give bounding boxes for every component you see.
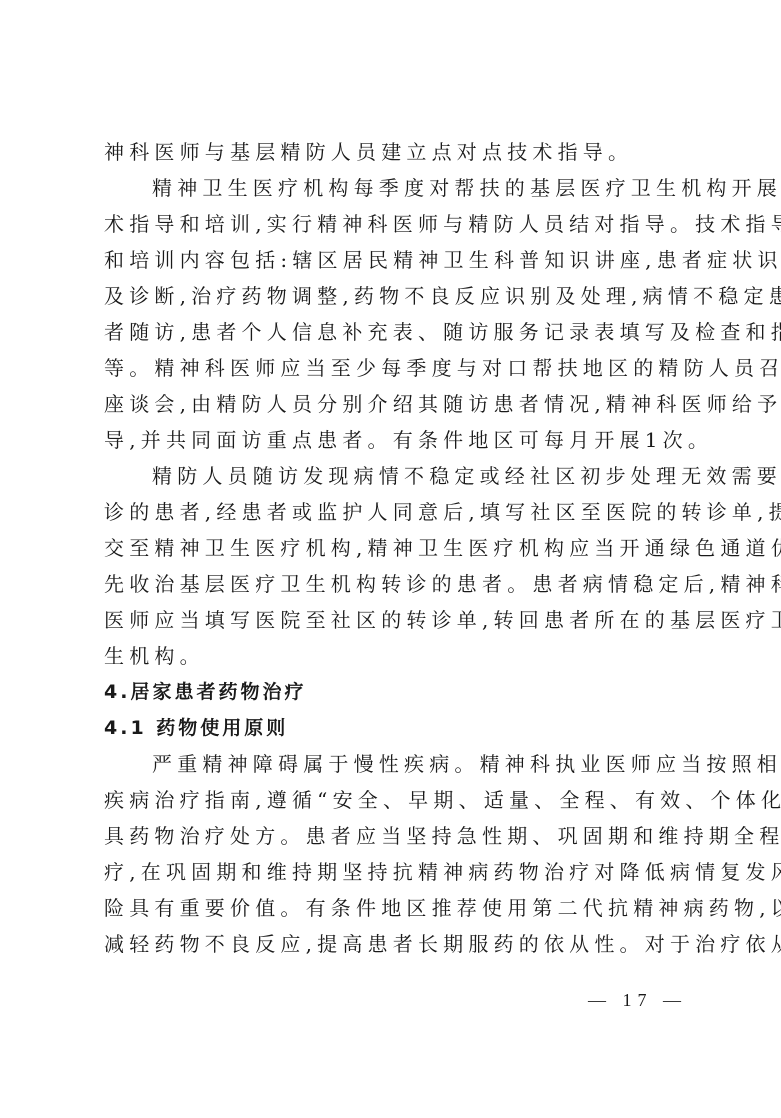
text-line: 疗,在巩固期和维持期坚持抗精神病药物治疗对降低病情复发风 xyxy=(104,854,684,890)
text-line: 精防人员随访发现病情不稳定或经社区初步处理无效需要转 xyxy=(104,458,684,494)
text-line: 生机构。 xyxy=(104,638,684,674)
text-line: 诊的患者,经患者或监护人同意后,填写社区至医院的转诊单,提 xyxy=(104,494,684,530)
text-line: 险具有重要价值。有条件地区推荐使用第二代抗精神病药物,以 xyxy=(104,890,684,926)
text-line: 交至精神卫生医疗机构,精神卫生医疗机构应当开通绿色通道优 xyxy=(104,530,684,566)
text-line: 具药物治疗处方。患者应当坚持急性期、巩固期和维持期全程治 xyxy=(104,818,684,854)
text-line: 严重精神障碍属于慢性疾病。精神科执业医师应当按照相关 xyxy=(104,746,684,782)
text-line: 神科医师与基层精防人员建立点对点技术指导。 xyxy=(104,134,684,170)
text-line: 和培训内容包括:辖区居民精神卫生科普知识讲座,患者症状识别 xyxy=(104,242,684,278)
text-line: 等。精神科医师应当至少每季度与对口帮扶地区的精防人员召开 xyxy=(104,350,684,386)
subsection-heading: 4.1 药物使用原则 xyxy=(104,710,684,746)
text-line: 座谈会,由精防人员分别介绍其随访患者情况,精神科医师给予指 xyxy=(104,386,684,422)
text-line: 精神卫生医疗机构每季度对帮扶的基层医疗卫生机构开展技 xyxy=(104,170,684,206)
text-line: 减轻药物不良反应,提高患者长期服药的依从性。对于治疗依从 xyxy=(104,926,684,962)
text-line: 术指导和培训,实行精神科医师与精防人员结对指导。技术指导 xyxy=(104,206,684,242)
text-line: 及诊断,治疗药物调整,药物不良反应识别及处理,病情不稳定患 xyxy=(104,278,684,314)
page-number: — 17 — xyxy=(588,990,687,1011)
section-heading: 4.居家患者药物治疗 xyxy=(104,674,684,710)
text-line: 导,并共同面访重点患者。有条件地区可每月开展1次。 xyxy=(104,422,684,458)
document-body: 神科医师与基层精防人员建立点对点技术指导。 精神卫生医疗机构每季度对帮扶的基层医… xyxy=(104,134,684,962)
text-line: 先收治基层医疗卫生机构转诊的患者。患者病情稳定后,精神科 xyxy=(104,566,684,602)
text-line: 医师应当填写医院至社区的转诊单,转回患者所在的基层医疗卫 xyxy=(104,602,684,638)
text-line: 者随访,患者个人信息补充表、随访服务记录表填写及检查和指导 xyxy=(104,314,684,350)
document-page: 神科医师与基层精防人员建立点对点技术指导。 精神卫生医疗机构每季度对帮扶的基层医… xyxy=(0,0,781,1118)
text-line: 疾病治疗指南,遵循“安全、早期、适量、全程、有效、个体化”原则开 xyxy=(104,782,684,818)
